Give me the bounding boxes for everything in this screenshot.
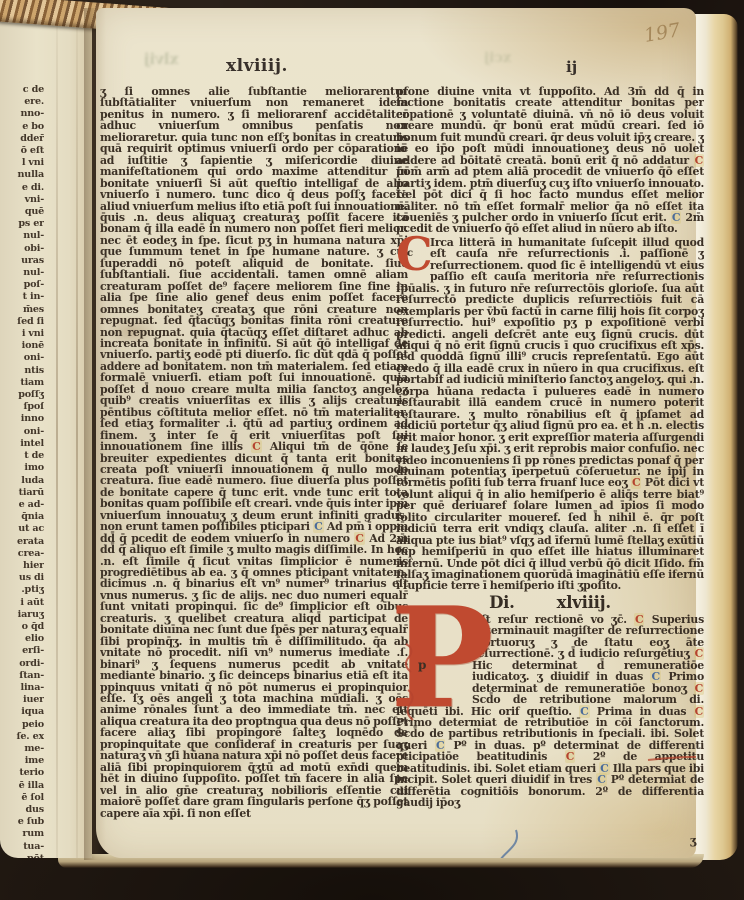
text-fragment-line: dder̄ (0, 133, 44, 145)
text-fragment-line: vni- (0, 194, 44, 206)
text-fragment-line: erſi- (0, 645, 44, 657)
rubricated-initial-p: Pp (396, 614, 472, 704)
book-photograph: c deere.nno-e bodder̄ō eſtl vninullae di… (0, 0, 744, 900)
text-fragment-line: poſ- (0, 279, 44, 291)
body-text-run: Irca litterā in humanitate ſuſcepit illu… (396, 236, 704, 490)
text-fragment-line: e ad- (0, 499, 44, 511)
text-fragment-line: ps er (0, 218, 44, 230)
running-header-column-number: ij (566, 58, 577, 76)
body-text-run: Ad 2m̄ dd̄ q̄ aliquo eſt ſimile ʒ multo … (100, 532, 408, 820)
text-fragment-line: erata (0, 536, 44, 548)
text-fragment-line: o q̄d (0, 621, 44, 633)
text-fragment-line: q̄nia (0, 511, 44, 523)
text-fragment-line: quē (0, 206, 44, 218)
text-paragraph: pſone diuine vnita vt ſuppoſito. Ad 3m̄ … (396, 86, 704, 235)
facing-page-text-fragments: c deere.nno-e bodder̄ō eſtl vninullae di… (0, 84, 44, 858)
text-fragment-line: us di (0, 572, 44, 584)
text-fragment-line: ntis (0, 365, 44, 377)
text-fragment-line: ionē (0, 340, 44, 352)
rubricated-initial-c: Cc (396, 237, 430, 272)
text-paragraph: PpOſt reſur rectionē vo ʒc̄. C Superius … (396, 614, 704, 809)
page-fold-line (76, 10, 78, 858)
text-fragment-line: i vni (0, 328, 44, 340)
text-paragraph: CcIrca litterā in humanitate ſuſcepit il… (396, 237, 704, 592)
text-fragment-line: tiam (0, 377, 44, 389)
text-column-left: ʒ ſi omnes alie ſubſtantie meliorarentur… (100, 86, 408, 864)
text-fragment-line: tiarū (0, 487, 44, 499)
text-fragment-line: e di. (0, 182, 44, 194)
text-paragraph: ʒ ſi omnes alie ſubſtantie meliorarentur… (100, 86, 408, 819)
text-fragment-line: poſſʒ (0, 389, 44, 401)
distinction-heading-text: xlviiij. (557, 594, 611, 612)
text-fragment-line: ere. (0, 96, 44, 108)
text-fragment-line: ē illa (0, 780, 44, 792)
book-page: xlvij xcij xlviiij. ij 197 ʒ ſi omnes al… (96, 8, 696, 858)
initial-letter: P (396, 606, 494, 710)
text-fragment-line: t de (0, 450, 44, 462)
page-fold-line (56, 10, 58, 858)
text-fragment-line: peio (0, 719, 44, 731)
body-text-run: p̄ōm̄ arm̄ ad ptem aliā procedit de vniu… (396, 165, 704, 224)
text-fragment-line: t in- (0, 291, 44, 303)
guide-letter: p (418, 660, 426, 671)
body-text-run: ʒ ſi omnes alie ſubſtantie meliorarentur… (100, 86, 408, 453)
text-fragment-line: obi- (0, 243, 44, 255)
text-fragment-line: intel (0, 438, 44, 450)
text-fragment-line: ut ac (0, 523, 44, 535)
text-fragment-line: ſtan- (0, 670, 44, 682)
text-fragment-line: elio (0, 633, 44, 645)
text-fragment-line: nulla (0, 169, 44, 181)
text-fragment-line: me- (0, 743, 44, 755)
text-fragment-line: crea- (0, 548, 44, 560)
text-fragment-line: .ptiʒ (0, 584, 44, 596)
guide-letter: c (407, 248, 413, 259)
text-fragment-line: nul- (0, 267, 44, 279)
text-fragment-line: dus (0, 804, 44, 816)
text-fragment-line: c de (0, 84, 44, 96)
text-fragment-line: iaruʒ (0, 609, 44, 621)
text-fragment-line: ime (0, 755, 44, 767)
text-fragment-line: nul- (0, 230, 44, 242)
text-fragment-line: ſe. ex (0, 731, 44, 743)
text-fragment-line: luda (0, 475, 44, 487)
quire-signature-mark: ʒ (690, 834, 696, 847)
body-text-run: pſone diuine vnita vt ſuppoſito. Ad 3m̄ … (396, 86, 704, 167)
text-fragment-line: iuer (0, 694, 44, 706)
text-fragment-line: inno (0, 413, 44, 425)
text-fragment-line: lina- (0, 682, 44, 694)
ink-offset-ghost-right: xcij (484, 50, 511, 66)
text-fragment-line: rum (0, 828, 44, 840)
text-fragment-line: ō eſt (0, 145, 44, 157)
running-header-folio-number: xlviiij. (226, 56, 288, 76)
text-fragment-line: terio (0, 767, 44, 779)
text-fragment-line: tua- (0, 841, 44, 853)
text-fragment-line: nno- (0, 108, 44, 120)
text-fragment-line: ē ſol (0, 792, 44, 804)
text-fragment-line: hier (0, 560, 44, 572)
handwritten-folio-number: 197 (642, 19, 682, 47)
text-fragment-line: ſpoſ (0, 401, 44, 413)
text-fragment-line: uras (0, 255, 44, 267)
text-fragment-line: oni- (0, 426, 44, 438)
text-fragment-line: oni- (0, 352, 44, 364)
text-fragment-line: ſed ſi (0, 316, 44, 328)
text-fragment-line: l vni (0, 157, 44, 169)
text-fragment-line: m̄es (0, 304, 44, 316)
text-fragment-line: e ſub (0, 816, 44, 828)
text-fragment-line: iqua (0, 706, 44, 718)
text-column-right: pſone diuine vnita vt ſuppoſito. Ad 3m̄ … (396, 86, 704, 864)
facing-page-edge: c deere.nno-e bodder̄ō eſtl vninullae di… (0, 10, 92, 858)
text-fragment-line: e bo (0, 121, 44, 133)
text-fragment-line: imo (0, 462, 44, 474)
initial-letter: C (396, 233, 432, 275)
text-fragment-line: pōt (0, 853, 44, 858)
text-fragment-line: i aūt (0, 597, 44, 609)
ink-offset-ghost-left: xlvij (144, 50, 178, 68)
text-fragment-line: ordi- (0, 658, 44, 670)
gutter-shadow (84, 8, 106, 860)
